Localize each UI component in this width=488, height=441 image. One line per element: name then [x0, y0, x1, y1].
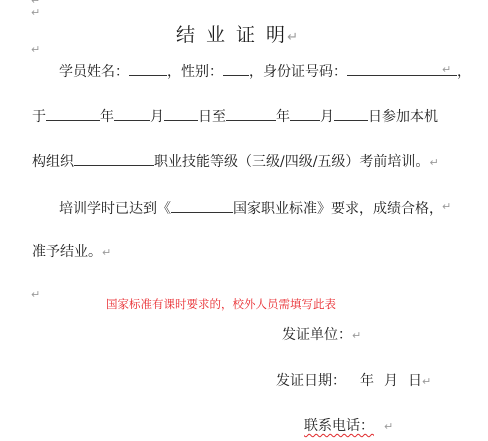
year-text: 年: [100, 109, 114, 125]
title-char: 证: [236, 24, 257, 46]
phone-label: 联系电话：: [304, 418, 374, 434]
skill-level-text: 职业技能等级（三级/四级/五级）考前培训。: [154, 154, 429, 170]
end-month-blank[interactable]: [290, 107, 320, 121]
day-text: 日: [408, 373, 422, 389]
title-char: 明: [266, 24, 287, 46]
paragraph-mark: ↵: [384, 420, 393, 433]
paragraph-mark: ↵: [31, 6, 40, 19]
issuer-line: 发证单位：↵: [282, 326, 361, 345]
organization-prefix: 构组织: [32, 154, 74, 170]
month-text: 月: [384, 373, 398, 389]
id-number-label: ，身份证号码：: [249, 64, 347, 80]
paragraph-mark: ↵: [422, 375, 431, 388]
graduation-line: 准予结业。↵: [32, 243, 111, 262]
student-name-label: 学员姓名：: [59, 64, 129, 80]
id-number-blank[interactable]: [347, 62, 457, 76]
from-text: 于: [32, 109, 46, 125]
organization-line: 构组织职业技能等级（三级/四级/五级）考前培训。↵: [32, 152, 439, 172]
paragraph-mark: ↵: [31, 288, 40, 301]
requirement-note: 国家标准有课时要求的，校外人员需填写此表: [106, 296, 336, 312]
graduation-text: 准予结业。: [32, 244, 102, 260]
training-dates-line: 于年月日至年月日参加本机: [32, 107, 438, 126]
title-char: 结: [176, 24, 197, 46]
document-title: 结业证明↵: [176, 20, 300, 47]
year-text: 年: [276, 109, 290, 125]
standard-prefix: 培训学时已达到《: [59, 201, 171, 217]
day-attend-text: 日参加本机: [368, 109, 438, 125]
paragraph-mark: ↵: [442, 63, 451, 76]
start-month-blank[interactable]: [114, 107, 150, 121]
comma: ，: [457, 64, 471, 80]
paragraph-mark: ↵: [287, 30, 300, 45]
paragraph-mark: ↵: [429, 156, 438, 169]
day-to-text: 日至: [198, 109, 226, 125]
student-info-line: 学员姓名：，性别：，身份证号码：，: [59, 62, 471, 81]
standard-line: 培训学时已达到《国家职业标准》要求，成绩合格，: [59, 199, 443, 218]
standard-suffix: 国家职业标准》要求，成绩合格，: [233, 201, 443, 217]
end-year-blank[interactable]: [226, 107, 276, 121]
month-text: 月: [150, 109, 164, 125]
paragraph-mark: ↵: [442, 200, 451, 213]
phone-line: 联系电话：↵: [304, 417, 393, 436]
standard-blank[interactable]: [171, 199, 233, 213]
start-year-blank[interactable]: [46, 107, 100, 121]
paragraph-mark: ↵: [352, 329, 361, 342]
paragraph-mark: ↵: [102, 246, 111, 259]
start-day-blank[interactable]: [164, 107, 198, 121]
end-day-blank[interactable]: [334, 107, 368, 121]
month-text: 月: [320, 109, 334, 125]
title-char: 业: [206, 24, 227, 46]
year-text: 年: [360, 373, 374, 389]
issue-date-line: 发证日期：年月日↵: [276, 372, 431, 391]
gender-blank[interactable]: [223, 62, 249, 76]
student-name-blank[interactable]: [129, 62, 167, 76]
issue-date-label: 发证日期：: [276, 373, 346, 389]
issuer-label: 发证单位：: [282, 327, 352, 343]
paragraph-mark: ↵: [31, 43, 40, 56]
occupation-blank[interactable]: [74, 152, 154, 166]
gender-label: ，性别：: [167, 64, 223, 80]
